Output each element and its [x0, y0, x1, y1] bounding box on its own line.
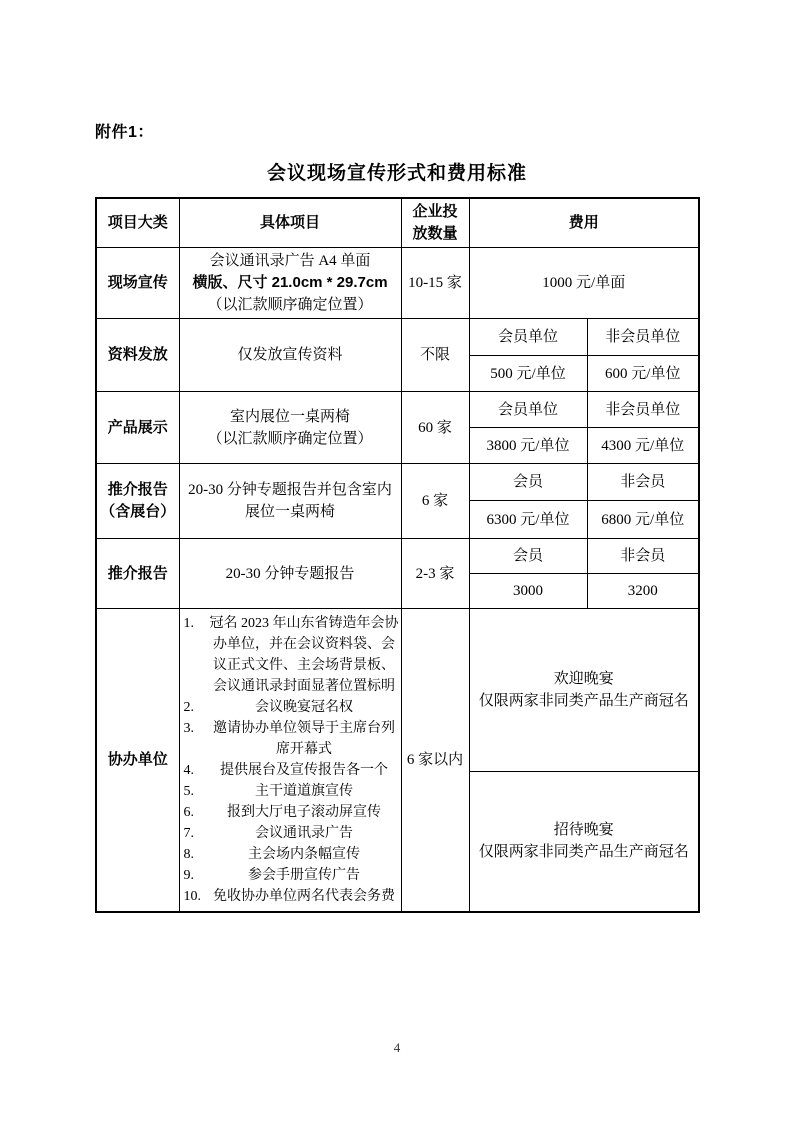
row6-benefits-list-cell: 冠名 2023 年山东省铸造年会协办单位，并在会议资料袋、会议正式文件、主会场背…	[179, 609, 401, 912]
row6-welcome-banquet-cell: 欢迎晚宴 仅限两家非同类产品生产商冠名	[469, 609, 699, 772]
table-row-report-a: 推介报告 20-30 分钟专题报告 2-3 家 会员 非会员	[96, 539, 699, 574]
list-item: 参会手册宣传广告	[182, 865, 399, 886]
list-item: 提供展台及宣传报告各一个	[182, 760, 399, 781]
row5-quantity: 2-3 家	[401, 539, 469, 609]
row5-item: 20-30 分钟专题报告	[179, 539, 401, 609]
list-item: 报到大厅电子滚动屏宣传	[182, 802, 399, 823]
page-number: 4	[0, 1040, 794, 1056]
row6-category: 协办单位	[96, 609, 179, 912]
table-row-materials-a: 资料发放 仅发放宣传资料 不限 会员单位 非会员单位	[96, 319, 699, 356]
reception-banquet-title: 招待晚宴	[472, 819, 697, 841]
row4-member-label: 会员	[469, 464, 587, 501]
row4-category: 推介报告 （含展台）	[96, 464, 179, 539]
row4-category-line1: 推介报告	[99, 479, 177, 501]
table-row-report-booth-a: 推介报告 （含展台） 20-30 分钟专题报告并包含室内展位一桌两椅 6 家 会…	[96, 464, 699, 501]
row3-category: 产品展示	[96, 392, 179, 464]
header-quantity-line2: 放数量	[404, 223, 467, 245]
row3-member-label: 会员单位	[469, 392, 587, 428]
row2-member-label: 会员单位	[469, 319, 587, 356]
row4-member-fee: 6300 元/单位	[469, 501, 587, 539]
header-item: 具体项目	[179, 198, 401, 248]
row3-item-line2: （以汇款顺序确定位置）	[182, 428, 399, 450]
list-item: 会议通讯录广告	[182, 823, 399, 844]
table-header-row: 项目大类 具体项目 企业投 放数量 费用	[96, 198, 699, 248]
reception-banquet-note: 仅限两家非同类产品生产商冠名	[472, 841, 697, 863]
row1-fee: 1000 元/单面	[469, 248, 699, 319]
header-category: 项目大类	[96, 198, 179, 248]
row3-item: 室内展位一桌两椅 （以汇款顺序确定位置）	[179, 392, 401, 464]
welcome-banquet-note: 仅限两家非同类产品生产商冠名	[472, 690, 697, 712]
row2-nonmember-fee: 600 元/单位	[587, 356, 699, 392]
row3-item-line1: 室内展位一桌两椅	[182, 406, 399, 428]
row1-category: 现场宣传	[96, 248, 179, 319]
row3-nonmember-label: 非会员单位	[587, 392, 699, 428]
row2-category: 资料发放	[96, 319, 179, 392]
row5-nonmember-label: 非会员	[587, 539, 699, 574]
row5-nonmember-fee: 3200	[587, 574, 699, 609]
table-row-onsite: 现场宣传 会议通讯录广告 A4 单面 横版、尺寸 21.0cm * 29.7cm…	[96, 248, 699, 319]
row4-item: 20-30 分钟专题报告并包含室内展位一桌两椅	[179, 464, 401, 539]
row3-quantity: 60 家	[401, 392, 469, 464]
list-item: 邀请协办单位领导于主席台列席开幕式	[182, 718, 399, 760]
row6-reception-banquet-cell: 招待晚宴 仅限两家非同类产品生产商冠名	[469, 772, 699, 912]
row2-quantity: 不限	[401, 319, 469, 392]
row1-quantity: 10-15 家	[401, 248, 469, 319]
row6-benefits-list: 冠名 2023 年山东省铸造年会协办单位，并在会议资料袋、会议正式文件、主会场背…	[182, 613, 399, 907]
welcome-banquet-title: 欢迎晚宴	[472, 668, 697, 690]
list-item: 免收协办单位两名代表会务费	[182, 886, 399, 907]
row2-nonmember-label: 非会员单位	[587, 319, 699, 356]
row3-nonmember-fee: 4300 元/单位	[587, 428, 699, 464]
row1-item-line2: 横版、尺寸 21.0cm * 29.7cm	[182, 272, 399, 294]
document-title: 会议现场宣传形式和费用标准	[0, 158, 794, 185]
row4-nonmember-label: 非会员	[587, 464, 699, 501]
row6-quantity: 6 家以内	[401, 609, 469, 912]
document-page: 附件1： 会议现场宣传形式和费用标准 项目大类 具体项目 企业投 放数量 费用 …	[0, 0, 794, 1123]
row5-member-fee: 3000	[469, 574, 587, 609]
row1-item: 会议通讯录广告 A4 单面 横版、尺寸 21.0cm * 29.7cm （以汇款…	[179, 248, 401, 319]
list-item: 会议晚宴冠名权	[182, 697, 399, 718]
row4-quantity: 6 家	[401, 464, 469, 539]
row5-category: 推介报告	[96, 539, 179, 609]
list-item: 冠名 2023 年山东省铸造年会协办单位，并在会议资料袋、会议正式文件、主会场背…	[182, 613, 399, 697]
header-quantity: 企业投 放数量	[401, 198, 469, 248]
row3-member-fee: 3800 元/单位	[469, 428, 587, 464]
row2-member-fee: 500 元/单位	[469, 356, 587, 392]
list-item: 主会场内条幅宣传	[182, 844, 399, 865]
header-quantity-line1: 企业投	[404, 201, 467, 223]
attachment-label: 附件1：	[95, 119, 154, 142]
row1-item-line3: （以汇款顺序确定位置）	[182, 294, 399, 316]
row4-category-line2: （含展台）	[99, 501, 177, 523]
fee-table: 项目大类 具体项目 企业投 放数量 费用 现场宣传 会议通讯录广告 A4 单面 …	[95, 197, 700, 913]
list-item: 主干道道旗宣传	[182, 781, 399, 802]
row2-item: 仅发放宣传资料	[179, 319, 401, 392]
table-row-product-a: 产品展示 室内展位一桌两椅 （以汇款顺序确定位置） 60 家 会员单位 非会员单…	[96, 392, 699, 428]
header-fee: 费用	[469, 198, 699, 248]
row4-nonmember-fee: 6800 元/单位	[587, 501, 699, 539]
row1-item-line1: 会议通讯录广告 A4 单面	[182, 250, 399, 272]
table-row-coorganizer-a: 协办单位 冠名 2023 年山东省铸造年会协办单位，并在会议资料袋、会议正式文件…	[96, 609, 699, 772]
row5-member-label: 会员	[469, 539, 587, 574]
